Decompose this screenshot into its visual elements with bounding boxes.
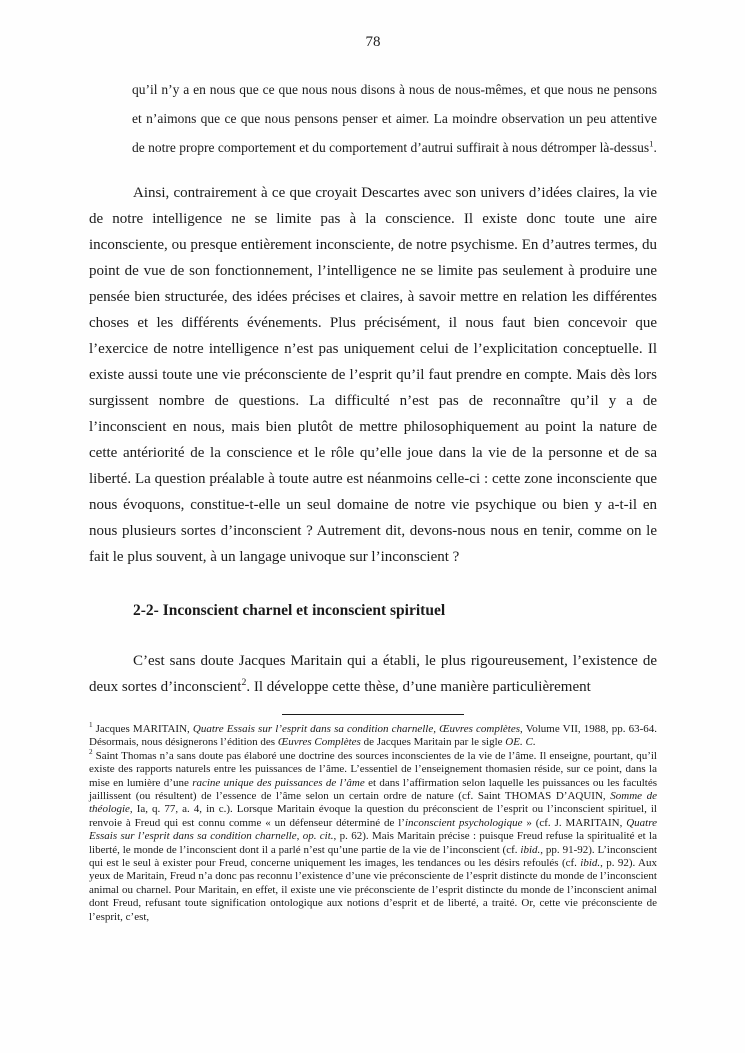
page-number: 78 — [89, 34, 657, 51]
footnote-1: 1Jacques MARITAIN, Quatre Essais sur l’e… — [89, 723, 657, 750]
document-page: 78 qu’il n’y a en nous que ce que nous n… — [0, 0, 745, 1053]
footnote-separator — [282, 714, 464, 715]
footnote-1-marker: 1 — [89, 721, 96, 729]
footnote-2-marker: 2 — [89, 748, 96, 756]
paragraph-second: C’est sans doute Jacques Maritain qui a … — [89, 648, 657, 700]
footnote-1-text: Jacques MARITAIN, Quatre Essais sur l’es… — [89, 723, 657, 748]
footnote-2: 2Saint Thomas n’a sans doute pas élaboré… — [89, 750, 657, 924]
footnotes-section: 1Jacques MARITAIN, Quatre Essais sur l’e… — [89, 723, 657, 924]
footnote-2-text: Saint Thomas n’a sans doute pas élaboré … — [89, 750, 657, 923]
section-heading: 2-2- Inconscient charnel et inconscient … — [89, 598, 657, 624]
paragraph-main: Ainsi, contrairement à ce que croyait De… — [89, 180, 657, 570]
block-quote: qu’il n’y a en nous que ce que nous nous… — [132, 75, 657, 162]
